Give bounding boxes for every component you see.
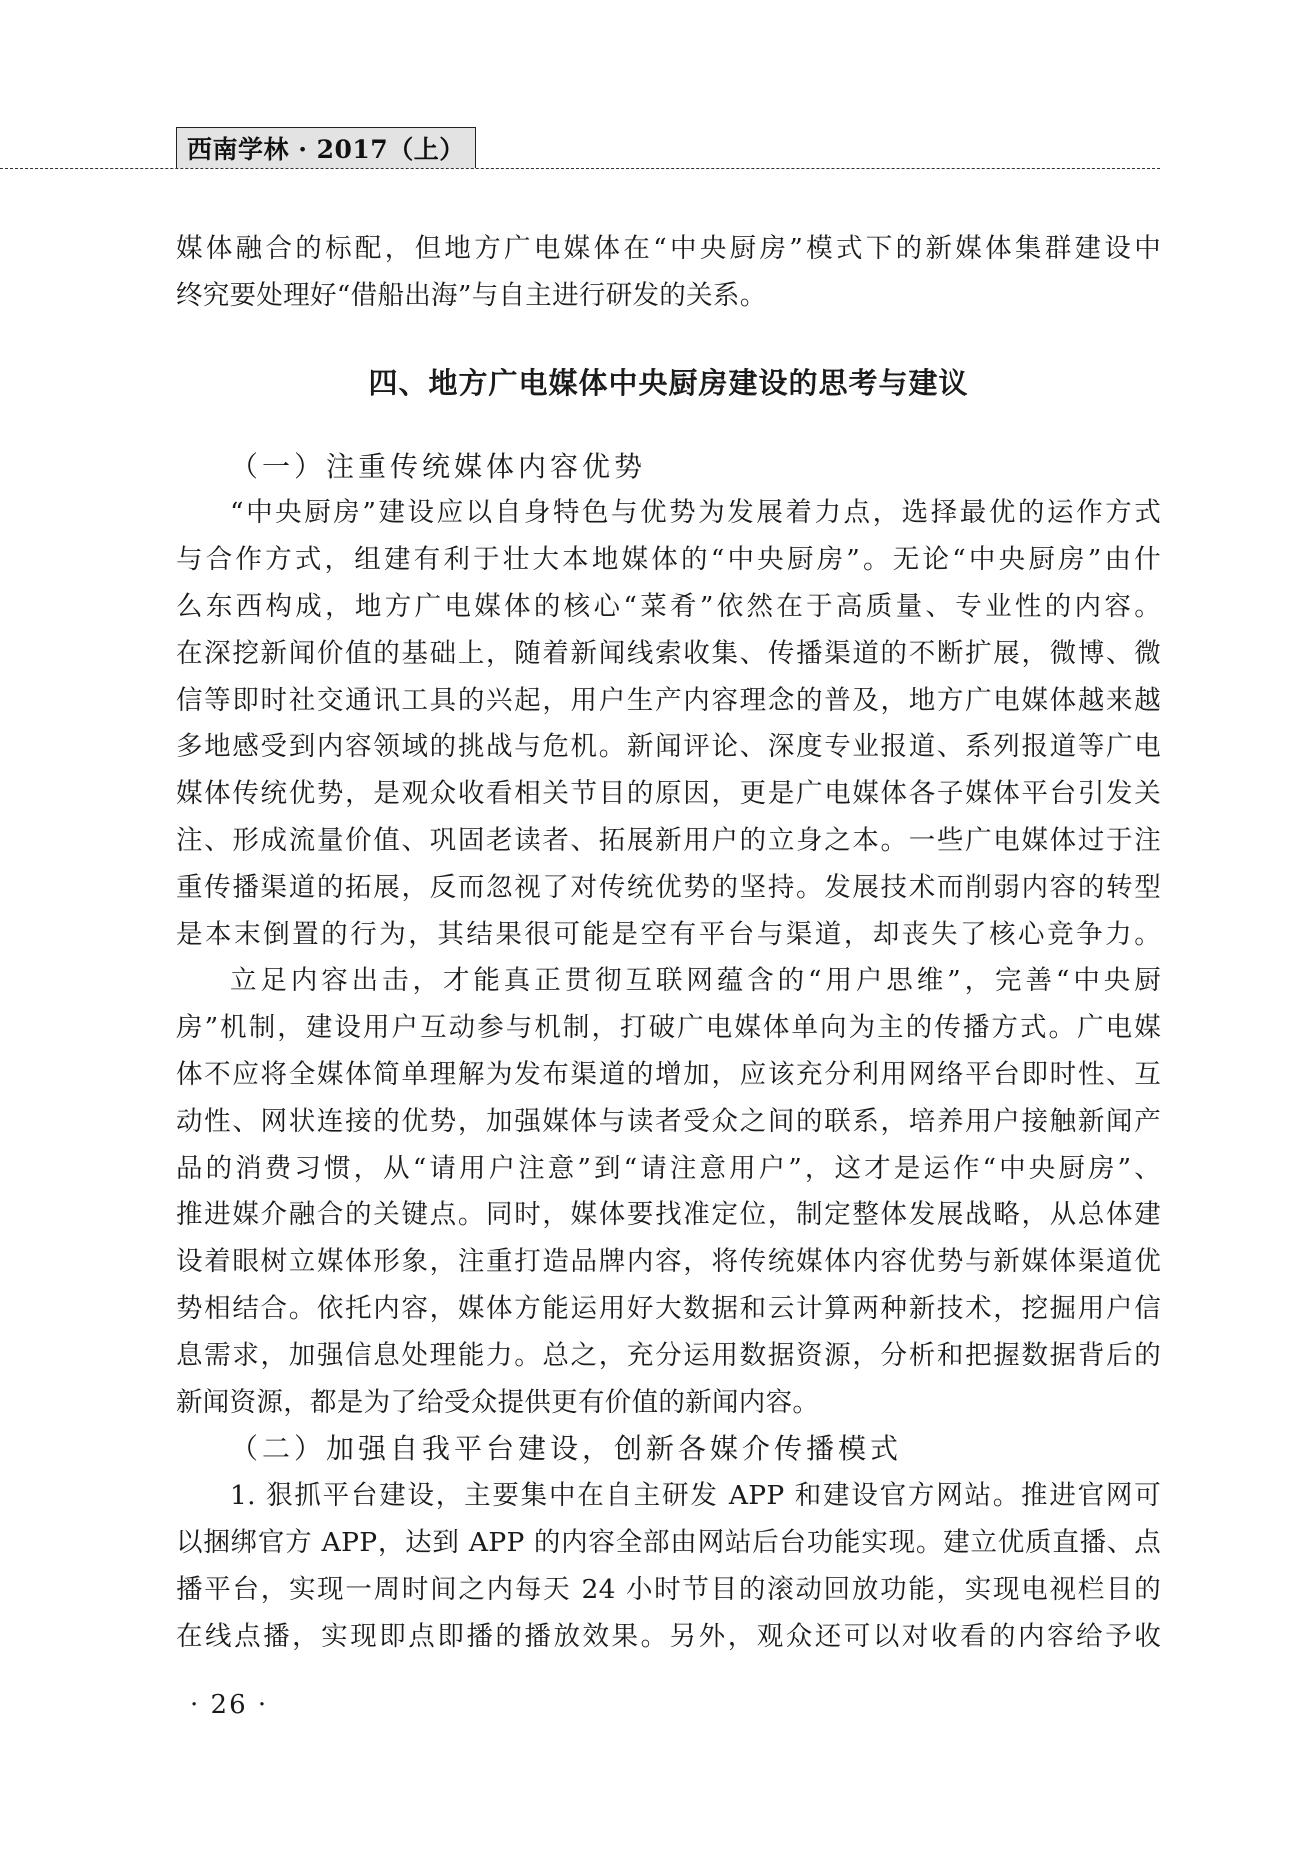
text-line: 重传播渠道的拓展，反而忽视了对传统优势的坚持。发展技术而削弱内容的转型	[176, 865, 1161, 912]
paragraph: 立足内容出击，才能真正贯彻互联网蕴含的“用户思维”，完善“中央厨 房”机制，建设…	[176, 958, 1161, 1426]
text-line: 在深挖新闻价值的基础上，随着新闻线索收集、传播渠道的不断扩展，微博、微	[176, 631, 1161, 678]
text-line: 体不应将全媒体简单理解为发布渠道的增加，应该充分利用网络平台即时性、互	[176, 1052, 1161, 1099]
text-line: 息需求，加强信息处理能力。总之，充分运用数据资源，分析和把握数据背后的	[176, 1333, 1161, 1380]
text-line: 在线点播，实现即点即播的播放效果。另外，观众还可以对收看的内容给予收	[176, 1614, 1161, 1661]
text-line: 新闻资源，都是为了给受众提供更有价值的新闻内容。	[176, 1380, 1161, 1427]
text-line: 房”机制，建设用户互动参与机制，打破广电媒体单向为主的传播方式。广电媒	[176, 1005, 1161, 1052]
subsection-heading-2: （二）加强自我平台建设，创新各媒介传播模式	[176, 1426, 1161, 1473]
text-line: 立足内容出击，才能真正贯彻互联网蕴含的“用户思维”，完善“中央厨	[176, 958, 1161, 1005]
paragraph: “中央厨房”建设应以自身特色与优势为发展着力点，选择最优的运作方式 与合作方式，…	[176, 490, 1161, 958]
subsection-heading-1: （一）注重传统媒体内容优势	[176, 444, 1161, 491]
text-line: 势相结合。依托内容，媒体方能运用好大数据和云计算两种新技术，挖掘用户信	[176, 1286, 1161, 1333]
text-line: 是本末倒置的行为，其结果很可能是空有平台与渠道，却丧失了核心竞争力。	[176, 912, 1161, 959]
text-line: 播平台，实现一周时间之内每天 24 小时节目的滚动回放功能，实现电视栏目的	[176, 1567, 1161, 1614]
text-line: 媒体传统优势，是观众收看相关节目的原因，更是广电媒体各子媒体平台引发关	[176, 771, 1161, 818]
intro-paragraph: 媒体融合的标配，但地方广电媒体在“中央厨房”模式下的新媒体集群建设中 终究要处理…	[176, 226, 1161, 320]
journal-header-tab: 西南学林 · 2017（上）	[176, 127, 476, 168]
text-line: 信等即时社交通讯工具的兴起，用户生产内容理念的普及，地方广电媒体越来越	[176, 678, 1161, 725]
text-line: 动性、网状连接的优势，加强媒体与读者受众之间的联系，培养用户接触新闻产	[176, 1099, 1161, 1146]
journal-label: 西南学林 · 2017（上）	[187, 130, 465, 166]
text-line: 推进媒介融合的关键点。同时，媒体要找准定位，制定整体发展战略，从总体建	[176, 1192, 1161, 1239]
text-line: 以捆绑官方 APP，达到 APP 的内容全部由网站后台功能实现。建立优质直播、点	[176, 1520, 1161, 1567]
section-title: 四、地方广电媒体中央厨房建设的思考与建议	[176, 358, 1161, 408]
text-line: 1. 狠抓平台建设，主要集中在自主研发 APP 和建设官方网站。推进官网可	[176, 1473, 1161, 1520]
text-line: 与合作方式，组建有利于壮大本地媒体的“中央厨房”。无论“中央厨房”由什	[176, 537, 1161, 584]
text-line: 么东西构成，地方广电媒体的核心“菜肴”依然在于高质量、专业性的内容。	[176, 584, 1161, 631]
text-line: 注、形成流量价值、巩固老读者、拓展新用户的立身之本。一些广电媒体过于注	[176, 818, 1161, 865]
page-content: 媒体融合的标配，但地方广电媒体在“中央厨房”模式下的新媒体集群建设中 终究要处理…	[176, 226, 1161, 1660]
text-line: 设着眼树立媒体形象，注重打造品牌内容，将传统媒体内容优势与新媒体渠道优	[176, 1239, 1161, 1286]
header-dashed-divider	[0, 168, 1160, 169]
text-line: 终究要处理好“借船出海”与自主进行研发的关系。	[176, 273, 1161, 320]
text-line: 品的消费习惯，从“请用户注意”到“请注意用户”，这才是运作“中央厨房”、	[176, 1146, 1161, 1193]
text-line: “中央厨房”建设应以自身特色与优势为发展着力点，选择最优的运作方式	[176, 490, 1161, 537]
page-number: · 26 ·	[190, 1690, 268, 1720]
text-line: 媒体融合的标配，但地方广电媒体在“中央厨房”模式下的新媒体集群建设中	[176, 226, 1161, 273]
text-line: 多地感受到内容领域的挑战与危机。新闻评论、深度专业报道、系列报道等广电	[176, 724, 1161, 771]
paragraph: 1. 狠抓平台建设，主要集中在自主研发 APP 和建设官方网站。推进官网可 以捆…	[176, 1473, 1161, 1660]
